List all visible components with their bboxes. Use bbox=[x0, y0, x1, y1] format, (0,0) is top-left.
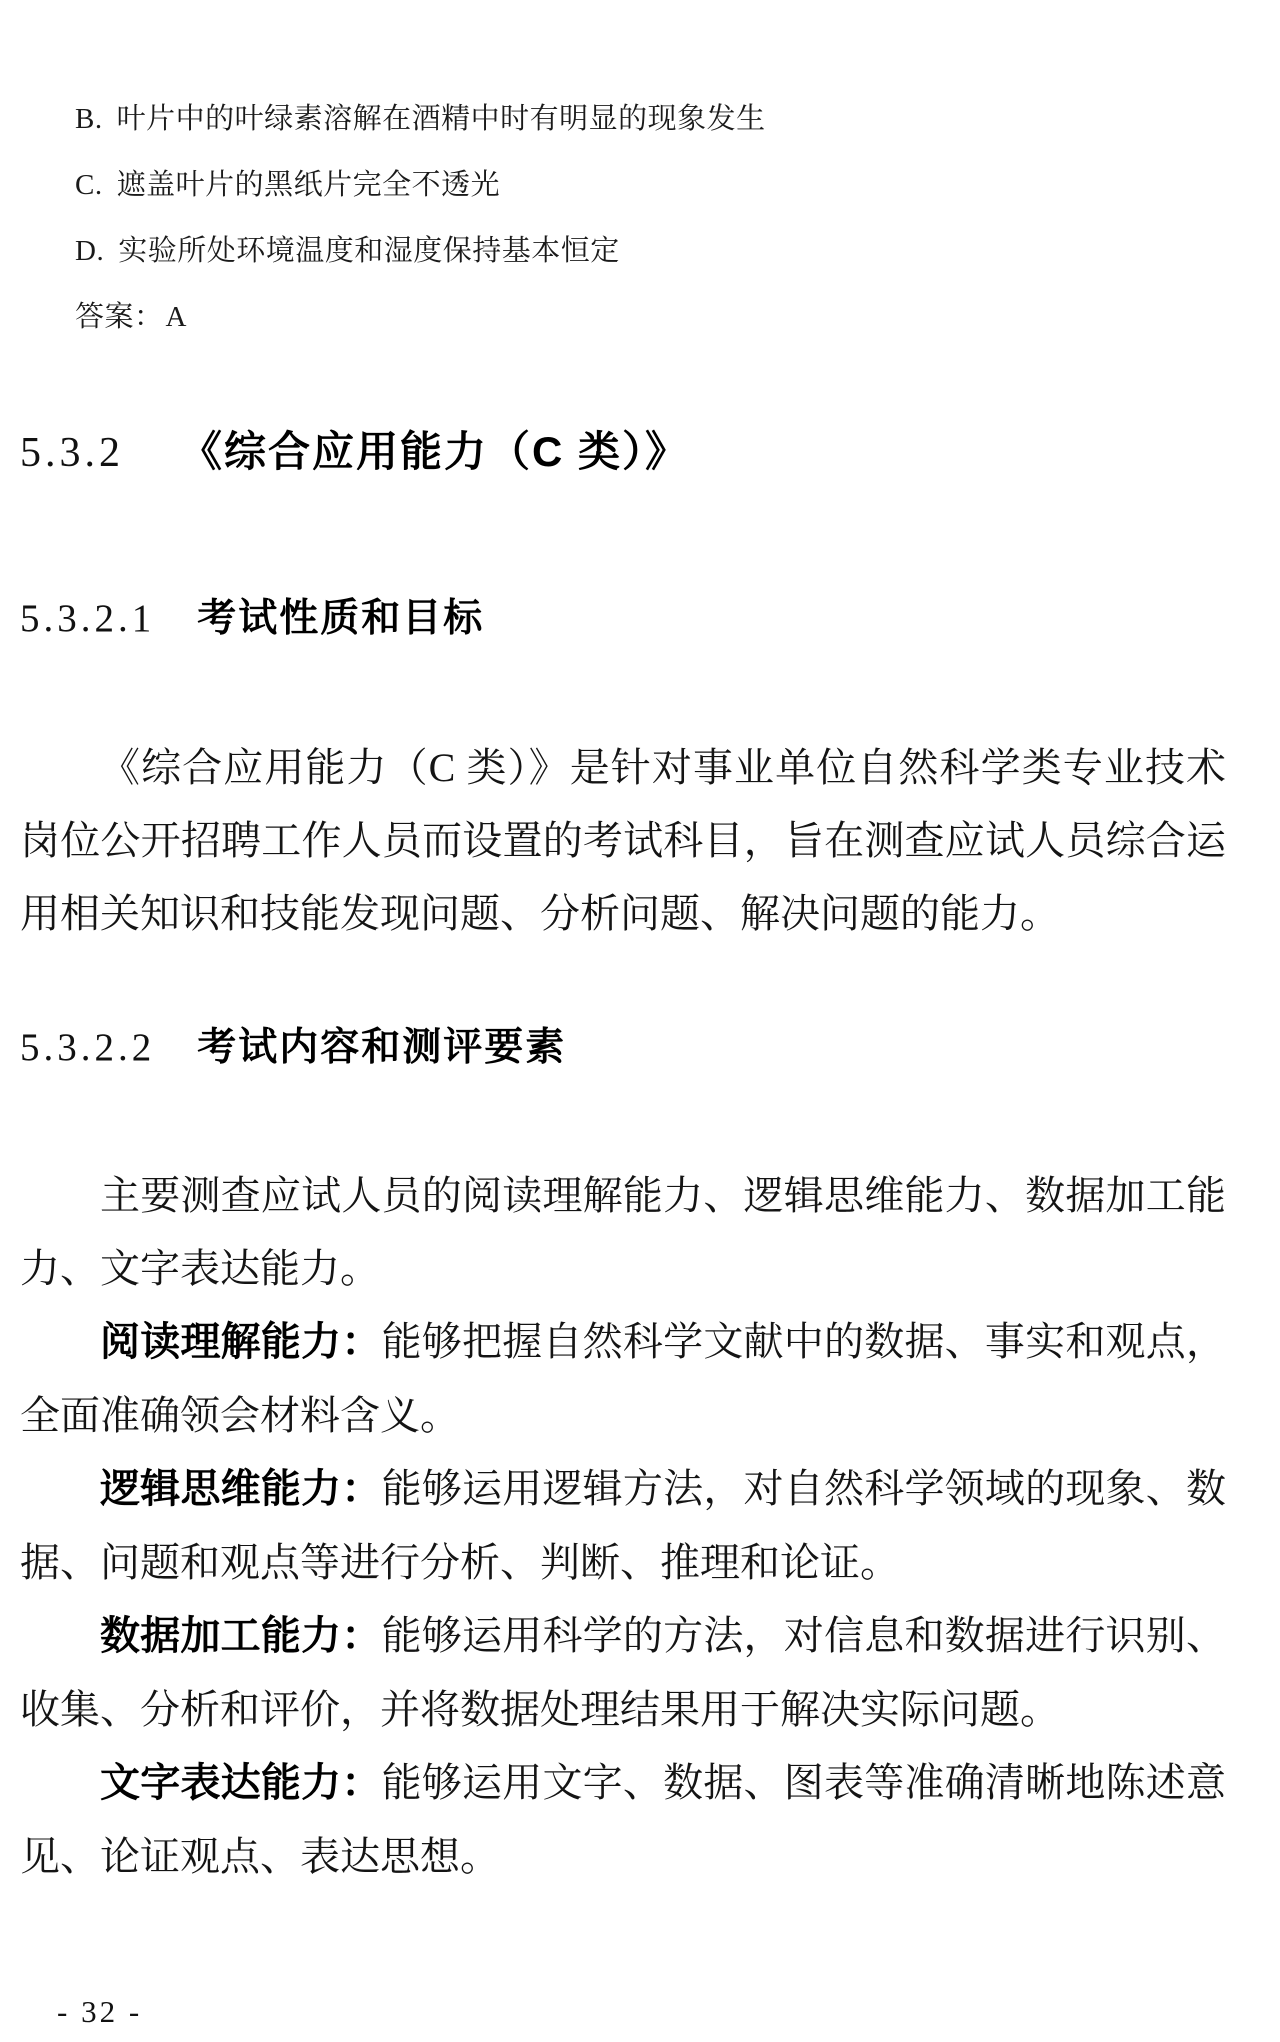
option-b: B.叶片中的叶绿素溶解在酒精中时有明显的现象发生 bbox=[75, 86, 766, 152]
ability-lead-logic: 逻辑思维能力： bbox=[100, 1467, 382, 1511]
option-d-text: 实验所处环境温度和湿度保持基本恒定 bbox=[118, 235, 620, 267]
answer-line: 答案：A bbox=[75, 284, 766, 350]
ability-paragraph-reading: 阅读理解能力：能够把握自然科学文献中的数据、事实和观点，全面准确领会材料含义。 bbox=[20, 1305, 1226, 1452]
overview-paragraph: 主要测查应试人员的阅读理解能力、逻辑思维能力、数据加工能力、文字表达能力。 bbox=[20, 1159, 1226, 1305]
section-heading-532: 5.3.2《综合应用能力（C 类）》 bbox=[20, 427, 689, 478]
ability-paragraph-writing: 文字表达能力：能够运用文字、数据、图表等准确清晰地陈述意见、论证观点、表达思想。 bbox=[20, 1746, 1226, 1893]
option-c-label: C. bbox=[75, 169, 103, 201]
option-b-label: B. bbox=[75, 103, 103, 135]
section-title-5322: 考试内容和测评要素 bbox=[197, 1026, 566, 1069]
ability-paragraph-logic: 逻辑思维能力：能够运用逻辑方法，对自然科学领域的现象、数据、问题和观点等进行分析… bbox=[20, 1452, 1226, 1599]
section-title-532: 《综合应用能力（C 类）》 bbox=[180, 428, 689, 475]
section-number-532: 5.3.2 bbox=[20, 430, 124, 476]
ability-paragraph-data: 数据加工能力：能够运用科学的方法，对信息和数据进行识别、收集、分析和评价，并将数… bbox=[20, 1599, 1226, 1746]
ability-lead-reading: 阅读理解能力： bbox=[100, 1320, 382, 1364]
document-page: B.叶片中的叶绿素溶解在酒精中时有明显的现象发生 C.遮盖叶片的黑纸片完全不透光… bbox=[0, 0, 1280, 2042]
section-heading-5322: 5.3.2.2考试内容和测评要素 bbox=[20, 1025, 566, 1071]
intro-paragraph: 《综合应用能力（C 类）》是针对事业单位自然科学类专业技术岗位公开招聘工作人员而… bbox=[20, 731, 1226, 950]
option-b-text: 叶片中的叶绿素溶解在酒精中时有明显的现象发生 bbox=[117, 103, 766, 135]
section-number-5322: 5.3.2.2 bbox=[20, 1026, 155, 1069]
ability-lead-writing: 文字表达能力： bbox=[100, 1761, 382, 1805]
option-d-label: D. bbox=[75, 235, 104, 267]
ability-lead-data: 数据加工能力： bbox=[100, 1614, 382, 1658]
question-options: B.叶片中的叶绿素溶解在酒精中时有明显的现象发生 C.遮盖叶片的黑纸片完全不透光… bbox=[75, 86, 766, 350]
option-c: C.遮盖叶片的黑纸片完全不透光 bbox=[75, 152, 766, 218]
option-d: D.实验所处环境温度和湿度保持基本恒定 bbox=[75, 218, 766, 284]
assessment-paragraphs: 主要测查应试人员的阅读理解能力、逻辑思维能力、数据加工能力、文字表达能力。 阅读… bbox=[20, 1159, 1226, 1893]
section-heading-5321: 5.3.2.1考试性质和目标 bbox=[20, 596, 484, 642]
page-number: - 32 - bbox=[57, 1994, 142, 2030]
option-c-text: 遮盖叶片的黑纸片完全不透光 bbox=[117, 169, 501, 201]
section-number-5321: 5.3.2.1 bbox=[20, 597, 155, 640]
answer-value: A bbox=[166, 301, 187, 333]
section-title-5321: 考试性质和目标 bbox=[197, 597, 484, 640]
answer-label: 答案： bbox=[75, 301, 164, 333]
